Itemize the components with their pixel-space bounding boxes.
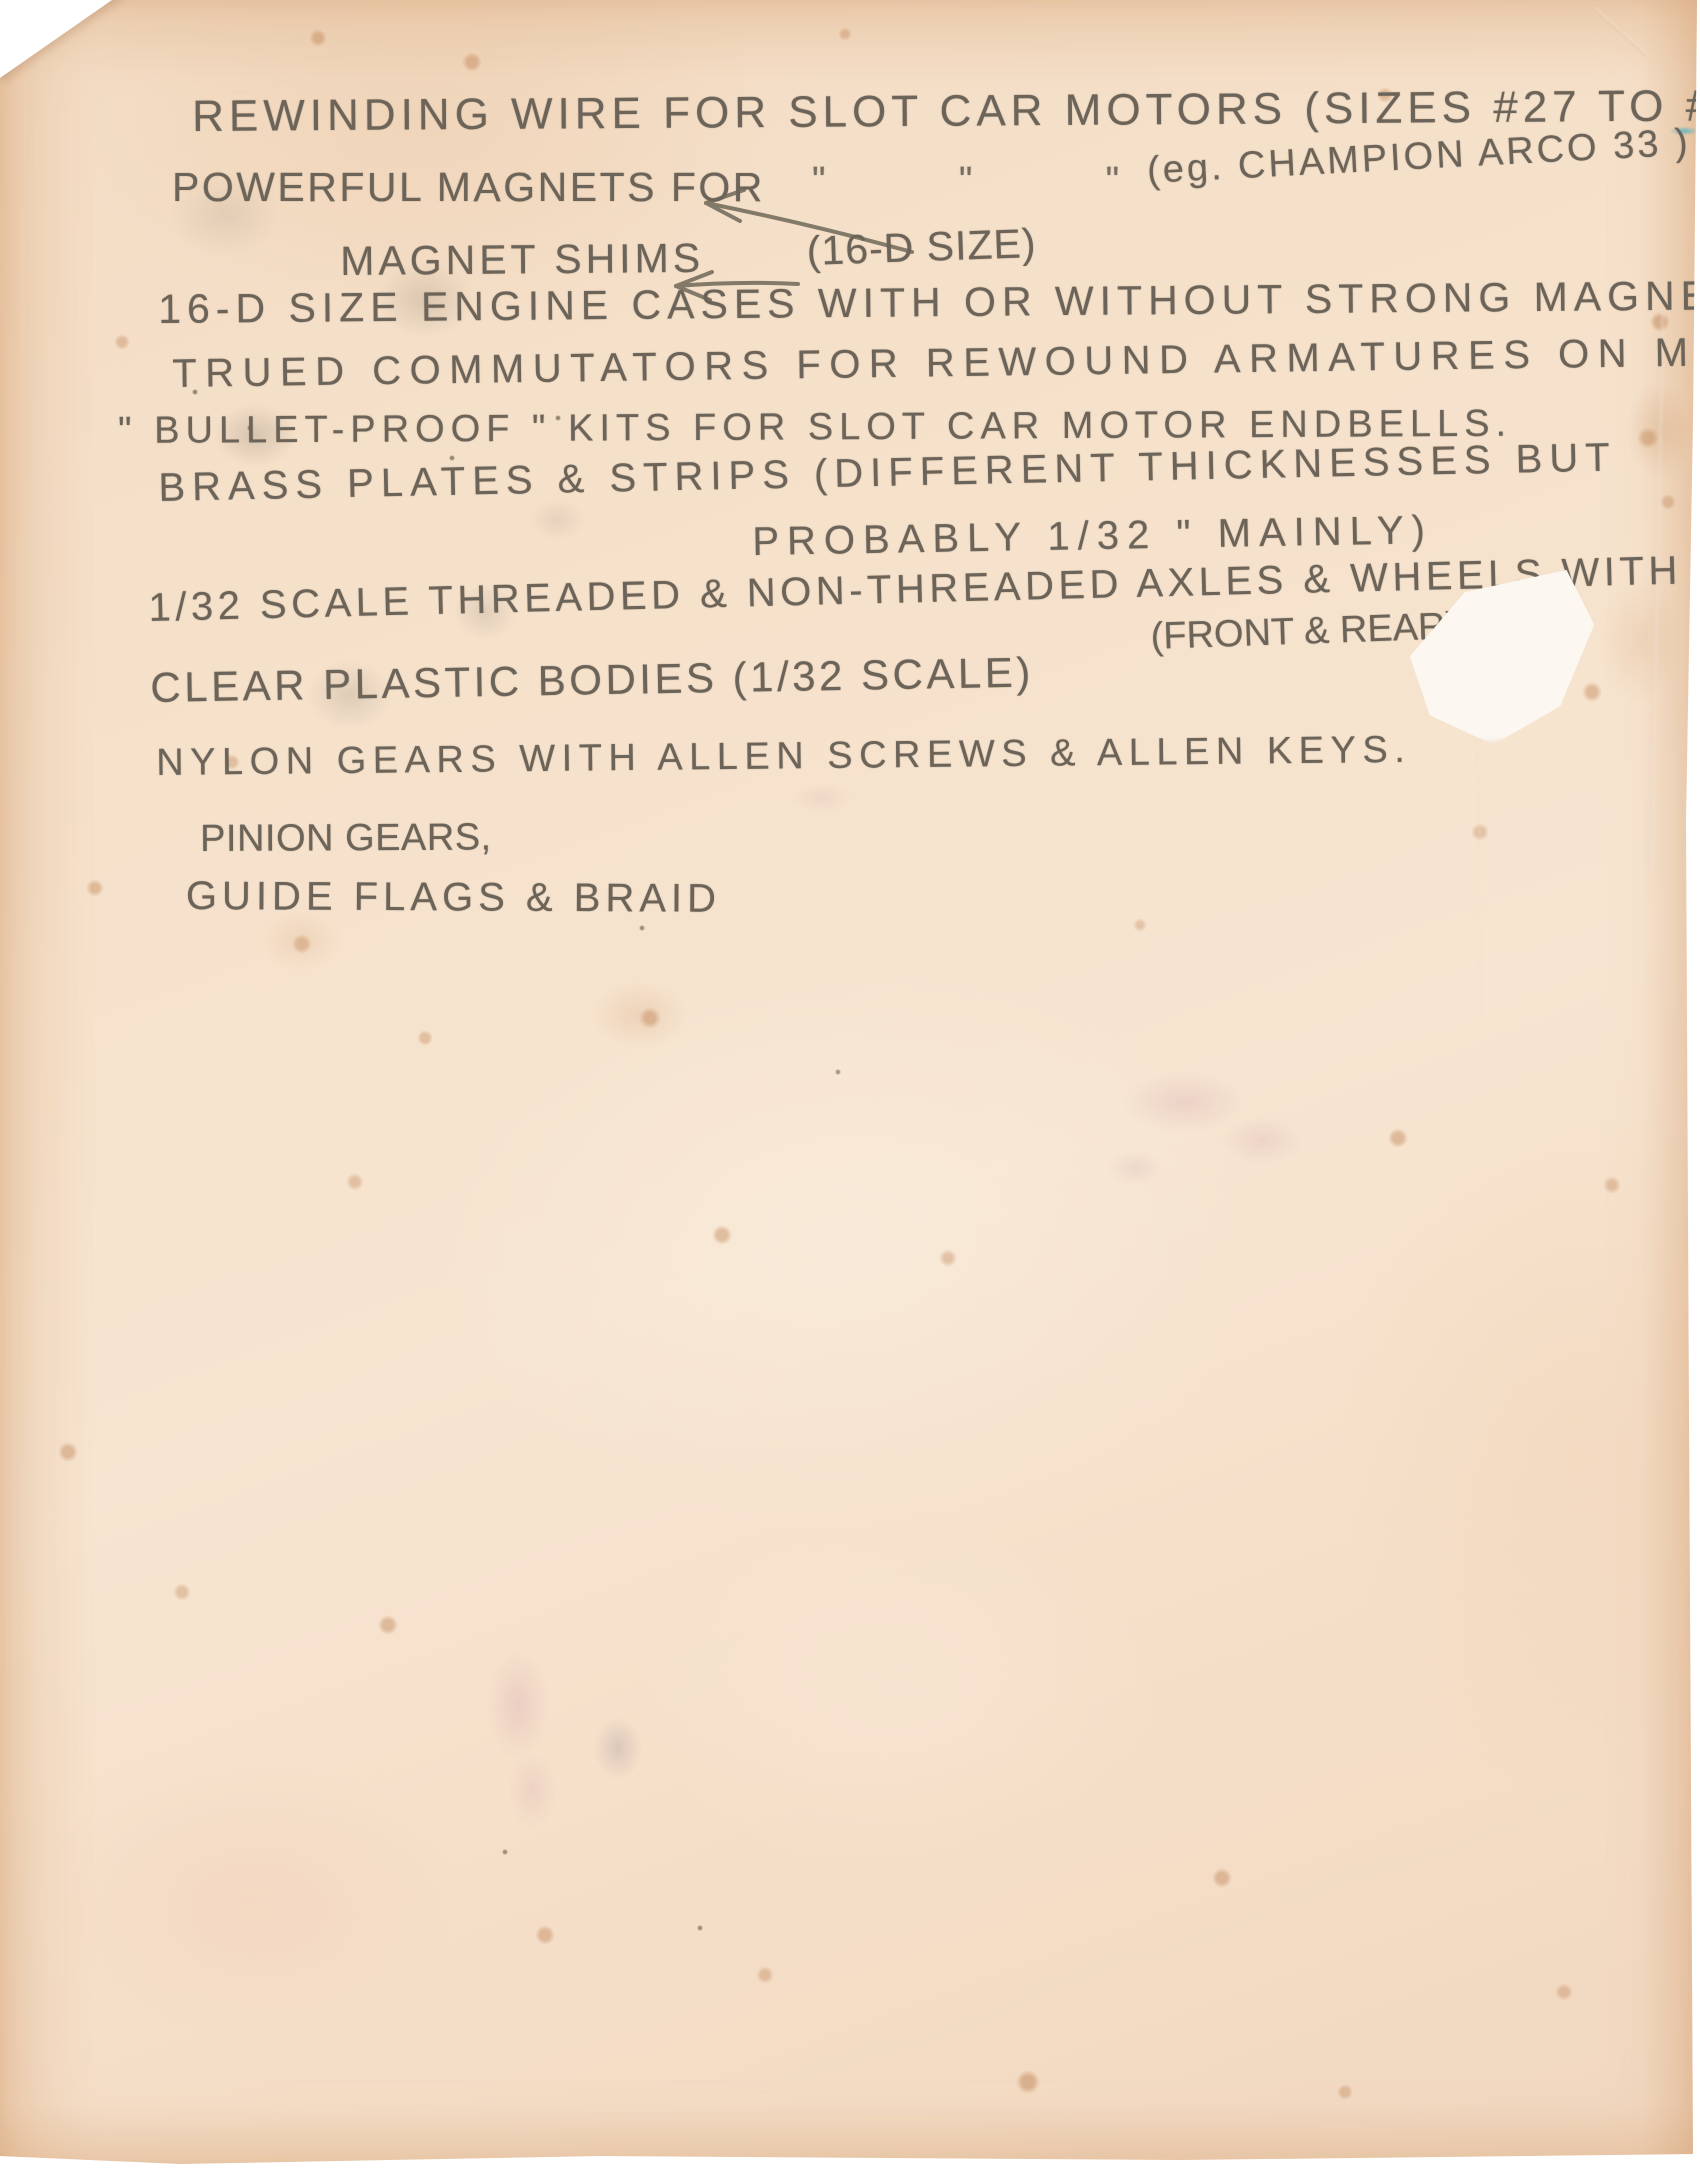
folded-corner-shade (0, 0, 126, 87)
note-line-magnet-shims: MAGNET SHIMS (340, 235, 704, 285)
note-line-nylon-gears: NYLON GEARS WITH ALLEN SCREWS & ALLEN KE… (156, 729, 1412, 785)
note-line-pinion-gears: PINION GEARS, (200, 816, 492, 861)
note-16d-size: (16-D SIZE) (806, 220, 1037, 275)
note-front-rear: (FRONT & REAR) (1150, 605, 1459, 659)
note-line-guide-flags: GUIDE FLAGS & BRAID (186, 874, 721, 922)
paper-sheet: REWINDING WIRE FOR SLOT CAR MOTORS (SIZE… (0, 0, 1700, 2174)
scanned-document: REWINDING WIRE FOR SLOT CAR MOTORS (SIZE… (0, 0, 1700, 2174)
paper-crease-top-right (1592, 6, 1646, 55)
note-line-powerful-magnets: POWERFUL MAGNETS FOR (172, 164, 765, 211)
ditto-marks: " " " (812, 160, 1129, 203)
note-line-clear-bodies: CLEAR PLASTIC BODIES (1/32 SCALE) (150, 649, 1034, 712)
note-line-trued-commutators: TRUED COMMUTATORS FOR REWOUND ARMATURES … (172, 328, 1700, 397)
